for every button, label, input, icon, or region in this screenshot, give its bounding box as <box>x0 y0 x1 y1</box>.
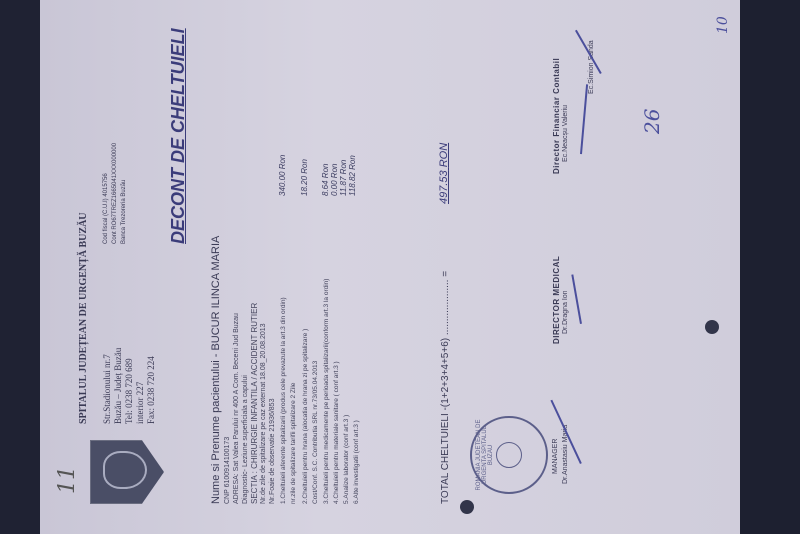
address-line: interior 227 <box>135 348 146 424</box>
expense-line: 4.Cheltuieli pentru materiale sanitare (… <box>333 361 340 504</box>
hospitalization-days: Nr.de zile de spitalizare pe caz externa… <box>260 323 267 504</box>
patient-name: Nume si Prenume pacientului - BUCUR ILIN… <box>210 236 222 504</box>
expense-amount: 8.64 Ron <box>321 164 330 197</box>
accountant-name: Ec.Simion Sanda <box>588 40 595 94</box>
patient-cnp: CNP 6100914100173 <box>224 437 231 504</box>
document-sheet: SPITALUL JUDEȚEAN DE URGENȚĂ BUZĂU Str.S… <box>40 0 740 534</box>
address-line: Buzău – Județ Buzău <box>113 348 124 424</box>
expense-amount: 11.87 Ron <box>339 160 348 196</box>
expense-amount: 0.00 Ron <box>330 164 339 197</box>
manager-label: MANAGER <box>552 439 559 474</box>
desk-surface <box>740 0 800 534</box>
handwritten-page-number: 10 <box>715 16 731 34</box>
handwritten-margin-mark: 11 <box>55 466 80 494</box>
finance-director-name: Ec.Neacșu Valeriu <box>562 105 569 162</box>
medical-director-name: Dr.Dragna Ion <box>562 290 569 334</box>
hospital-stamp: ROMANIA JUDETEAN DE URGENTA SPITALUL BUZ… <box>470 416 548 494</box>
expense-amount: 18.20 Ron <box>300 159 309 196</box>
patient-diagnosis: Diagnostic- Leziune superficiala a capul… <box>242 375 249 504</box>
stamp-emblem-icon <box>496 442 522 468</box>
signature-finance-director <box>580 84 588 154</box>
expense-amount: 118.82 Ron <box>348 155 357 196</box>
coat-of-arms <box>90 440 164 504</box>
expense-line: Cost/Conf. S.C. Contributia SRL nr.73/05… <box>312 361 319 504</box>
address-line: Tel: 0238 720 689 <box>124 348 135 424</box>
signature-medical-director <box>571 274 582 324</box>
expense-line: nr.zile de spitalizare tarifii spitaliza… <box>290 383 297 504</box>
expense-line: 1.Cheltuieli aferente spitalizarii (prod… <box>280 297 287 504</box>
address-line: Str.Stadionului nr.7 <box>102 348 113 424</box>
hospital-address: Str.Stadionului nr.7 Buzău – Județ Buzău… <box>102 348 157 424</box>
patient-section: SECTIA : CHIRURGIE INFANTILA / ACCIDENT … <box>250 303 259 504</box>
address-line: Fax: 0238 720 224 <box>146 348 157 424</box>
expense-line: 6.Alte investigatii (conf art.3 ) <box>353 420 360 504</box>
hospital-name: SPITALUL JUDEȚEAN DE URGENȚĂ BUZĂU <box>78 212 89 424</box>
total-label: TOTAL CHELTUIELI -(1+2+3+4+5+6) ........… <box>440 271 451 504</box>
punch-hole <box>460 500 474 514</box>
eagle-icon <box>103 451 147 489</box>
expense-line: 5.Analize laborator (conf art.3 ) <box>343 415 350 504</box>
expense-line: 3.Cheltuieli pentru medicamente pe perio… <box>323 279 330 504</box>
expense-line: 2.Cheltuieli pentru hrana (alocatia de h… <box>302 329 309 504</box>
hospital-fiscal-info: Cod fiscal (C.U.I) 4015756 Cont RO67TREZ… <box>102 143 129 244</box>
punch-hole <box>705 320 719 334</box>
document-title: DECONT DE CHELTUIELI <box>168 28 189 244</box>
finance-director-title: Director Financiar Contabil <box>552 58 561 174</box>
observation-sheet: Nr.Foaie de observatie 21936/853 <box>269 399 276 504</box>
patient-address: ADRESA: Sat Valea Parului nr 400 A Com. … <box>233 313 240 504</box>
fiscal-line: Banca Trezoreria Buzău <box>120 143 129 244</box>
handwritten-mark: 26 <box>640 109 664 134</box>
expense-amount: 340.00 Ron <box>278 155 287 196</box>
fiscal-line: Cont RO67TREZ1665041XXX000000 <box>111 143 120 244</box>
fiscal-line: Cod fiscal (C.U.I) 4015756 <box>102 143 111 244</box>
total-value: 497.53 RON <box>438 143 450 204</box>
medical-director-title: DIRECTOR MEDICAL <box>552 256 561 344</box>
